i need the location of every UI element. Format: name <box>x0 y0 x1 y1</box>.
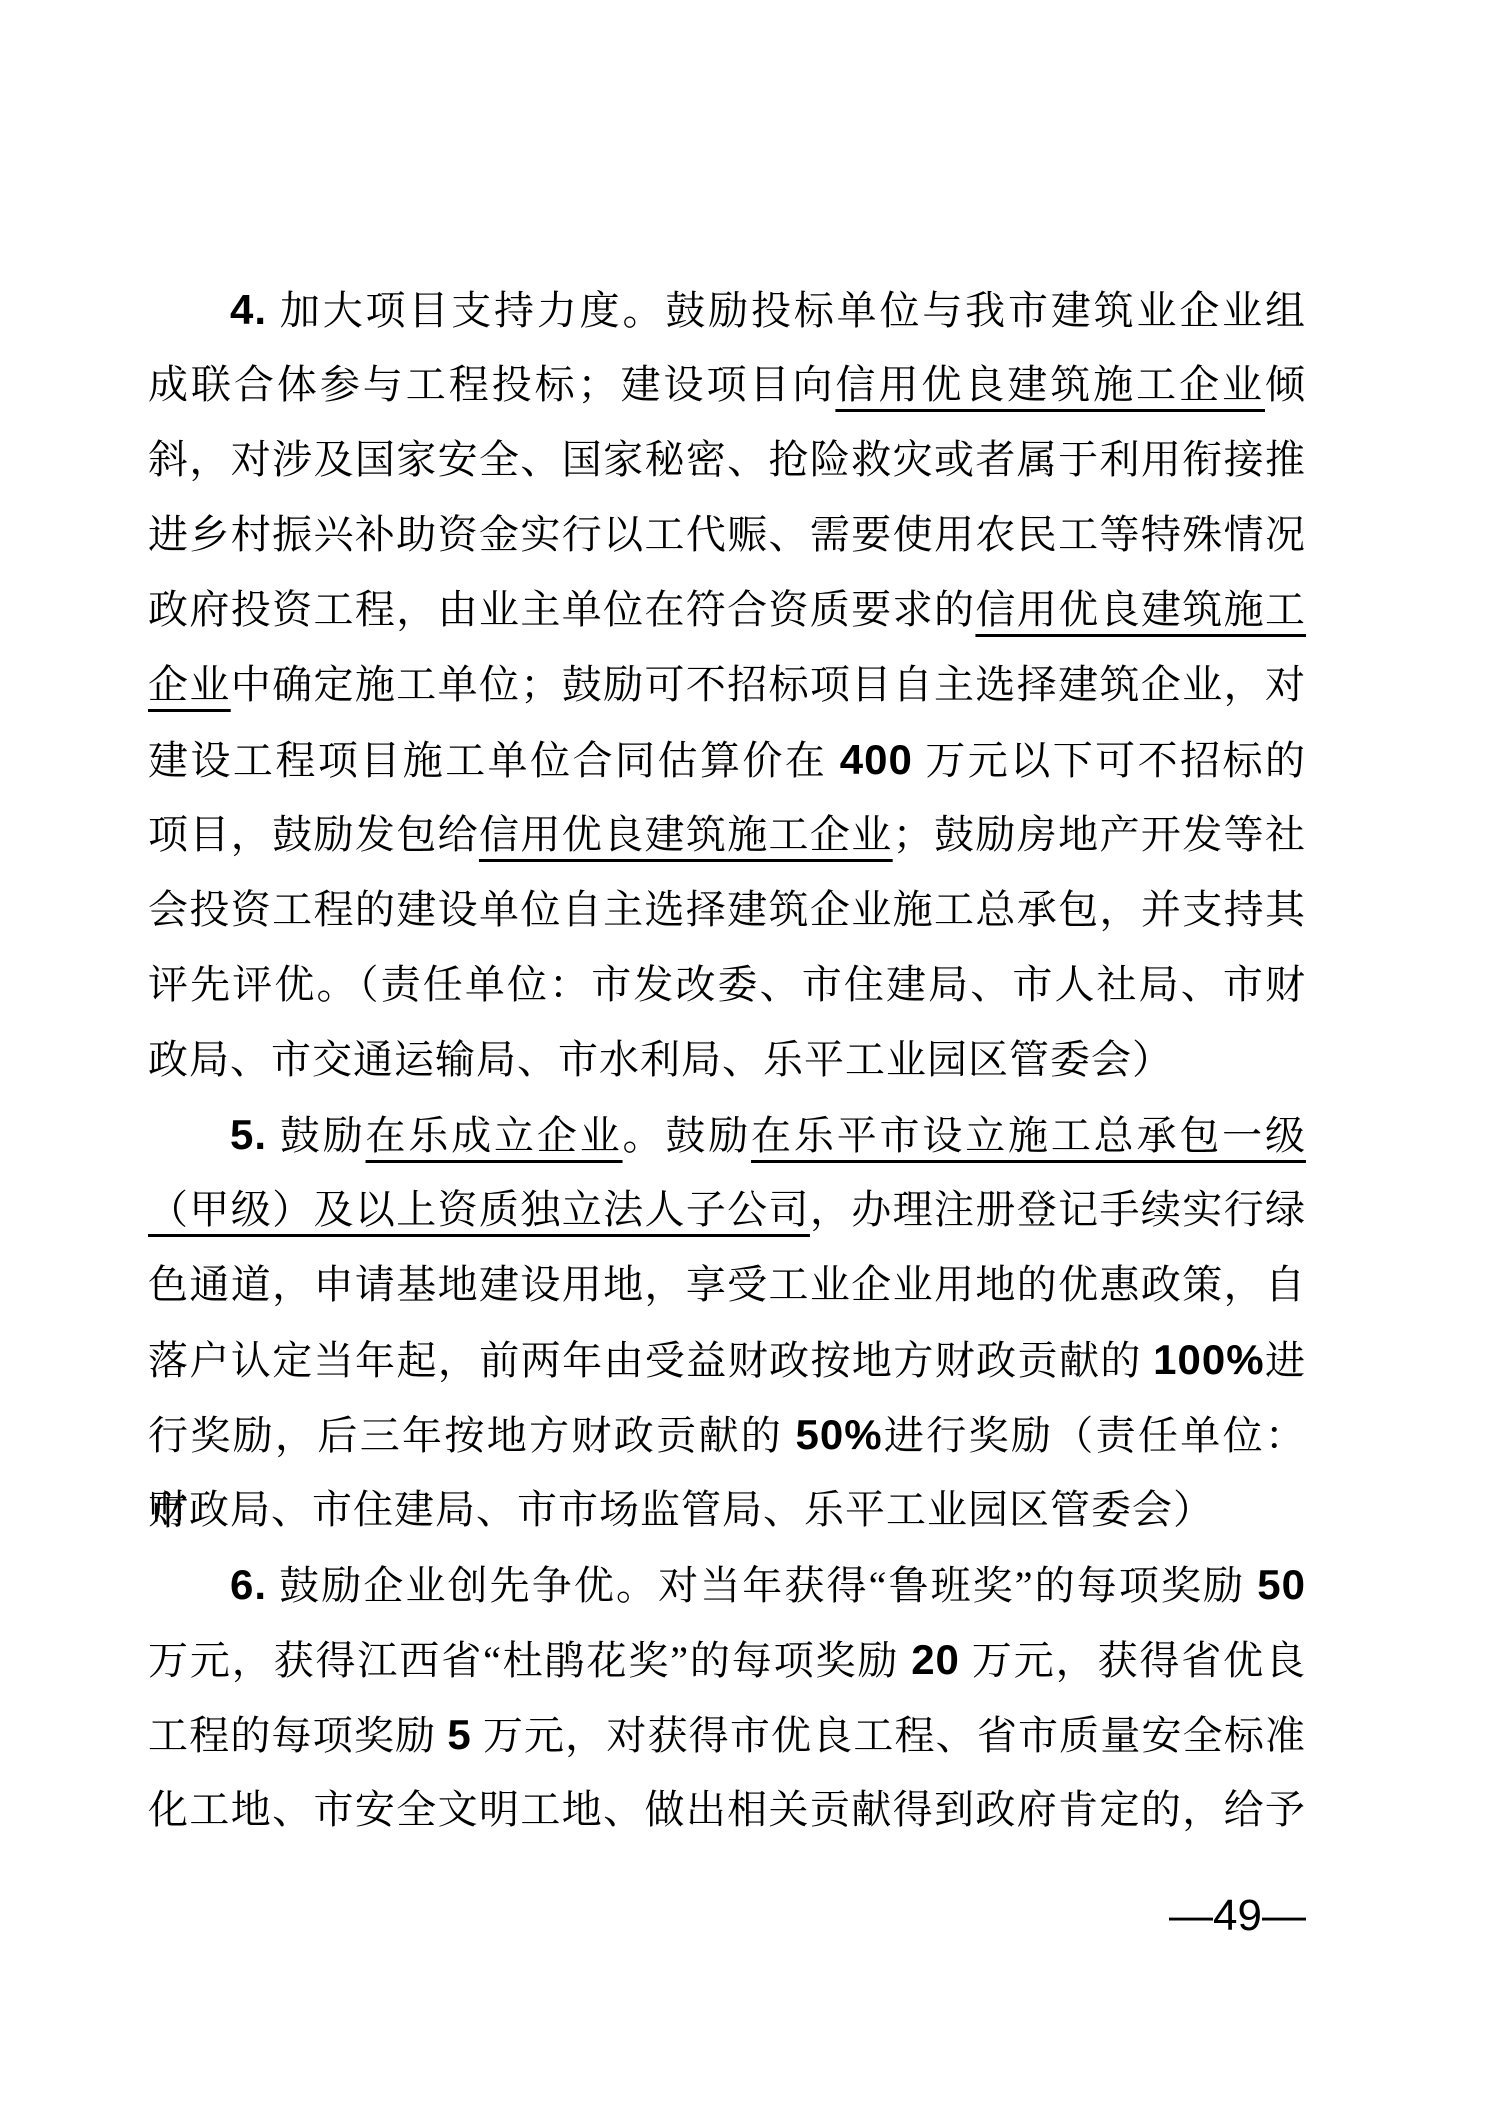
text-segment: 政府投资工程，由业主单位在符合资质要求的 <box>148 587 975 632</box>
text-line: 成联合体参与工程投标；建设项目向信用优良建筑施工企业倾 <box>148 347 1306 422</box>
text-segment: 化工地、市安全文明工地、做出相关贡献得到政府肯定的，给予 <box>148 1787 1306 1832</box>
text-segment: 鼓励 <box>267 1113 366 1158</box>
text-line: 万元，获得江西省“杜鹃花奖”的每项奖励 20 万元，获得省优良 <box>148 1622 1306 1697</box>
underlined-text: 信用优良建筑施工企业 <box>835 362 1265 407</box>
text-segment: 财政局、市住建局、市市场监管局、乐平工业园区管委会） <box>148 1487 1214 1532</box>
text-segment: 斜，对涉及国家安全、国家秘密、抢险救灾或者属于利用衔接推 <box>148 437 1306 482</box>
document-body: 4. 加大项目支持力度。鼓励投标单位与我市建筑业企业组成联合体参与工程投标；建设… <box>148 272 1306 1847</box>
text-segment: 会投资工程的建设单位自主选择建筑企业施工总承包，并支持其 <box>148 887 1306 932</box>
text-line: 项目，鼓励发包给信用优良建筑施工企业；鼓励房地产开发等社 <box>148 797 1306 872</box>
text-segment: 评先评优。（责任单位：市发改委、市住建局、市人社局、市财 <box>148 962 1306 1007</box>
underlined-text: 在乐平市设立施工总承包一级 <box>751 1113 1306 1158</box>
text-line: 6. 鼓励企业创先争优。对当年获得“鲁班奖”的每项奖励 50 <box>148 1547 1306 1622</box>
text-line: 建设工程项目施工单位合同估算价在 400 万元以下可不招标的 <box>148 722 1306 797</box>
numeric-text: 50% <box>796 1411 883 1458</box>
text-segment: 政局、市交通运输局、市水利局、乐平工业园区管委会） <box>148 1037 1173 1082</box>
text-line: 工程的每项奖励 5 万元，对获得市优良工程、省市质量安全标准 <box>148 1697 1306 1772</box>
text-line: 化工地、市安全文明工地、做出相关贡献得到政府肯定的，给予 <box>148 1772 1306 1847</box>
text-segment: 工程的每项奖励 <box>148 1713 447 1758</box>
text-segment: 进乡村振兴补助资金实行以工代赈、需要使用农民工等特殊情况 <box>148 512 1306 557</box>
underlined-text: 信用优良建筑施工企业 <box>479 812 893 857</box>
text-line: 行奖励，后三年按地方财政贡献的 50%进行奖励（责任单位：市 <box>148 1397 1306 1472</box>
text-segment: 万元，获得江西省“杜鹃花奖”的每项奖励 <box>148 1638 911 1683</box>
text-line: （甲级）及以上资质独立法人子公司，办理注册登记手续实行绿 <box>148 1172 1306 1247</box>
text-line: 落户认定当年起，前两年由受益财政按地方财政贡献的 100%进 <box>148 1322 1306 1397</box>
text-line: 进乡村振兴补助资金实行以工代赈、需要使用农民工等特殊情况 <box>148 497 1306 572</box>
text-segment: 进 <box>1265 1338 1306 1383</box>
text-segment: 。鼓励 <box>623 1113 752 1158</box>
numeric-text: 5 <box>447 1711 471 1758</box>
text-segment: 项目，鼓励发包给 <box>148 812 479 857</box>
text-segment: 落户认定当年起，前两年由受益财政按地方财政贡献的 <box>148 1338 1153 1383</box>
text-line: 政府投资工程，由业主单位在符合资质要求的信用优良建筑施工 <box>148 572 1306 647</box>
text-line: 会投资工程的建设单位自主选择建筑企业施工总承包，并支持其 <box>148 872 1306 947</box>
text-segment: 中确定施工单位；鼓励可不招标项目自主选择建筑企业，对 <box>231 662 1306 707</box>
text-line: 5. 鼓励在乐成立企业。鼓励在乐平市设立施工总承包一级 <box>148 1097 1306 1172</box>
text-segment: 鼓励企业创先争优。对当年获得“鲁班奖”的每项奖励 <box>267 1563 1257 1608</box>
text-segment: 倾 <box>1265 362 1306 407</box>
text-line: 财政局、市住建局、市市场监管局、乐平工业园区管委会） <box>148 1472 1306 1547</box>
numeric-text: 4. <box>230 286 267 333</box>
text-segment: 万元，获得省优良 <box>960 1638 1306 1683</box>
numeric-text: 5. <box>230 1111 267 1158</box>
underlined-text: 信用优良建筑施工 <box>975 587 1306 632</box>
numeric-text: 20 <box>911 1636 960 1683</box>
numeric-text: 50 <box>1257 1561 1306 1608</box>
text-segment: 建设工程项目施工单位合同估算价在 <box>148 738 840 783</box>
underlined-text: 在乐成立企业 <box>366 1113 623 1158</box>
text-segment: 万元以下可不招标的 <box>913 738 1306 783</box>
numeric-text: 100% <box>1153 1336 1264 1383</box>
text-line: 企业中确定施工单位；鼓励可不招标项目自主选择建筑企业，对 <box>148 647 1306 722</box>
text-line: 斜，对涉及国家安全、国家秘密、抢险救灾或者属于利用衔接推 <box>148 422 1306 497</box>
text-line: 评先评优。（责任单位：市发改委、市住建局、市人社局、市财 <box>148 947 1306 1022</box>
text-segment: 行奖励，后三年按地方财政贡献的 <box>148 1413 796 1458</box>
text-segment: ，办理注册登记手续实行绿 <box>810 1187 1306 1232</box>
text-segment: 加大项目支持力度。鼓励投标单位与我市建筑业企业组 <box>267 288 1306 333</box>
page-number: —49— <box>148 1886 1306 1946</box>
text-line: 色通道，申请基地建设用地，享受工业企业用地的优惠政策，自 <box>148 1247 1306 1322</box>
underlined-text: 企业 <box>148 662 231 707</box>
text-line: 政局、市交通运输局、市水利局、乐平工业园区管委会） <box>148 1022 1306 1097</box>
numeric-text: 400 <box>840 736 913 783</box>
text-segment: 色通道，申请基地建设用地，享受工业企业用地的优惠政策，自 <box>148 1262 1306 1307</box>
text-segment: ；鼓励房地产开发等社 <box>893 812 1306 857</box>
text-segment: 万元，对获得市优良工程、省市质量安全标准 <box>472 1713 1306 1758</box>
underlined-text: （甲级）及以上资质独立法人子公司 <box>148 1187 810 1232</box>
document-page: 4. 加大项目支持力度。鼓励投标单位与我市建筑业企业组成联合体参与工程投标；建设… <box>0 0 1488 2104</box>
text-line: 4. 加大项目支持力度。鼓励投标单位与我市建筑业企业组 <box>148 272 1306 347</box>
numeric-text: 6. <box>230 1561 267 1608</box>
text-segment: 成联合体参与工程投标；建设项目向 <box>148 362 835 407</box>
